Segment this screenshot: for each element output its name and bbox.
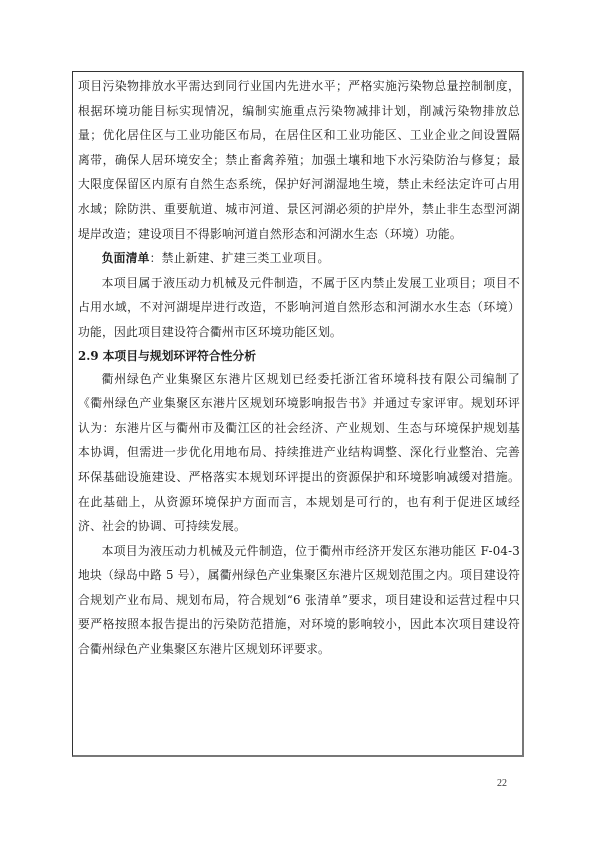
negative-list-text: ：禁止新建、扩建三类工业项目。 <box>150 251 330 265</box>
section-heading: 2.9 本项目与规划环评符合性分析 <box>78 345 520 367</box>
negative-list-label: 负面清单 <box>102 251 150 265</box>
section-paragraph: 衢州绿色产业集聚区东港片区规划已经委托浙江省环境科技有限公司编制了《衢州绿色产业… <box>78 367 520 539</box>
continuation-paragraph: 项目污染物排放水平需达到同行业国内先进水平；严格实施污染物总量控制制度，根据环境… <box>78 74 520 246</box>
document-body: 项目污染物排放水平需达到同行业国内先进水平；严格实施污染物总量控制制度，根据环境… <box>78 74 520 662</box>
section-paragraph: 本项目为液压动力机械及元件制造，位于衢州市经济开发区东港功能区 F-04-3 地… <box>78 539 520 662</box>
negative-list-paragraph: 负面清单：禁止新建、扩建三类工业项目。 <box>78 246 520 271</box>
compliance-paragraph: 本项目属于液压动力机械及元件制造，不属于区内禁止发展工业项目；项目不占用水域，不… <box>78 271 520 345</box>
page-number: 22 <box>497 778 507 789</box>
